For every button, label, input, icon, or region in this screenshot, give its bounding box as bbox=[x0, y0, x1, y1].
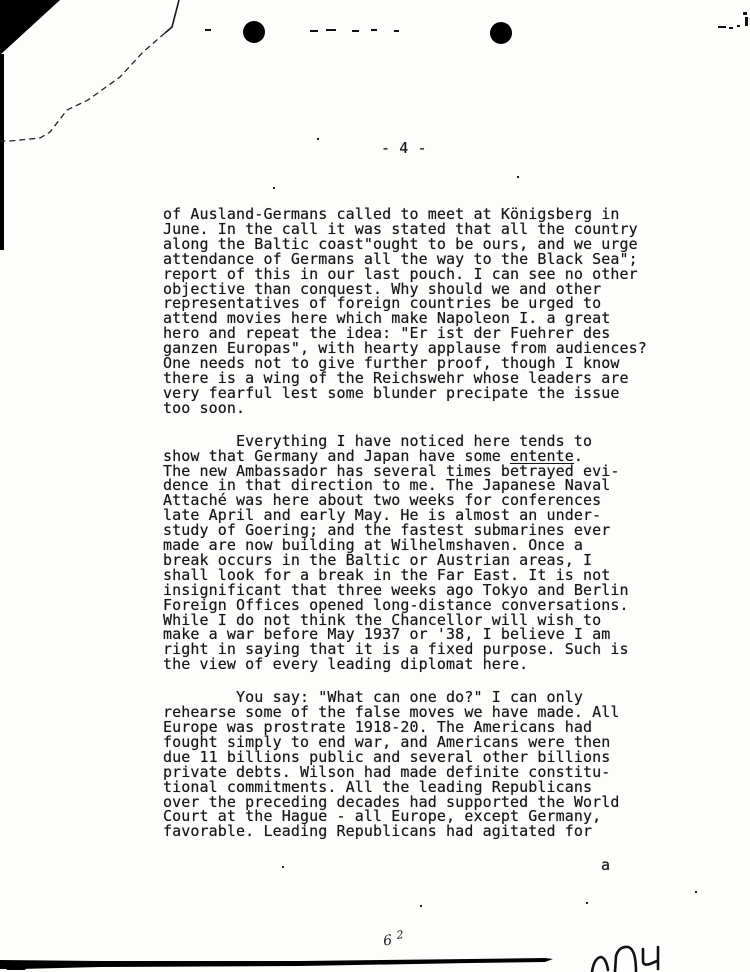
handwritten-annotation-center: 62 bbox=[382, 927, 410, 949]
crease-line bbox=[165, 0, 179, 33]
bottom-scan-blob bbox=[6, 962, 26, 970]
left-scan-edge-bar bbox=[0, 54, 4, 250]
page-number: - 4 - bbox=[381, 139, 427, 157]
corner-fold-mark bbox=[0, 0, 60, 55]
scan-speck-row bbox=[205, 12, 748, 32]
handwritten-digit: 2 bbox=[396, 927, 409, 941]
margin-letter: a bbox=[601, 856, 610, 874]
letter-body: of Ausland-Germans called to meet at Kön… bbox=[163, 207, 647, 839]
hole-punch-dot-left bbox=[243, 21, 265, 43]
paragraph: of Ausland-Germans called to meet at Kön… bbox=[163, 207, 647, 416]
text-line: too soon. bbox=[163, 401, 647, 416]
hole-punch-dot-right bbox=[490, 22, 512, 44]
bottom-scan-line bbox=[0, 958, 553, 969]
text-line: the view of every leading diplomat here. bbox=[163, 657, 647, 672]
handwritten-page-number-corner bbox=[592, 947, 658, 972]
paragraph: You say: "What can one do?" I can onlyre… bbox=[163, 690, 647, 839]
paragraph: Everything I have noticed here tends tos… bbox=[163, 434, 647, 673]
scanned-document-page: - 4 - of Ausland-Germans called to meet … bbox=[0, 0, 750, 972]
text-line: favorable. Leading Republicans had agita… bbox=[163, 824, 647, 839]
